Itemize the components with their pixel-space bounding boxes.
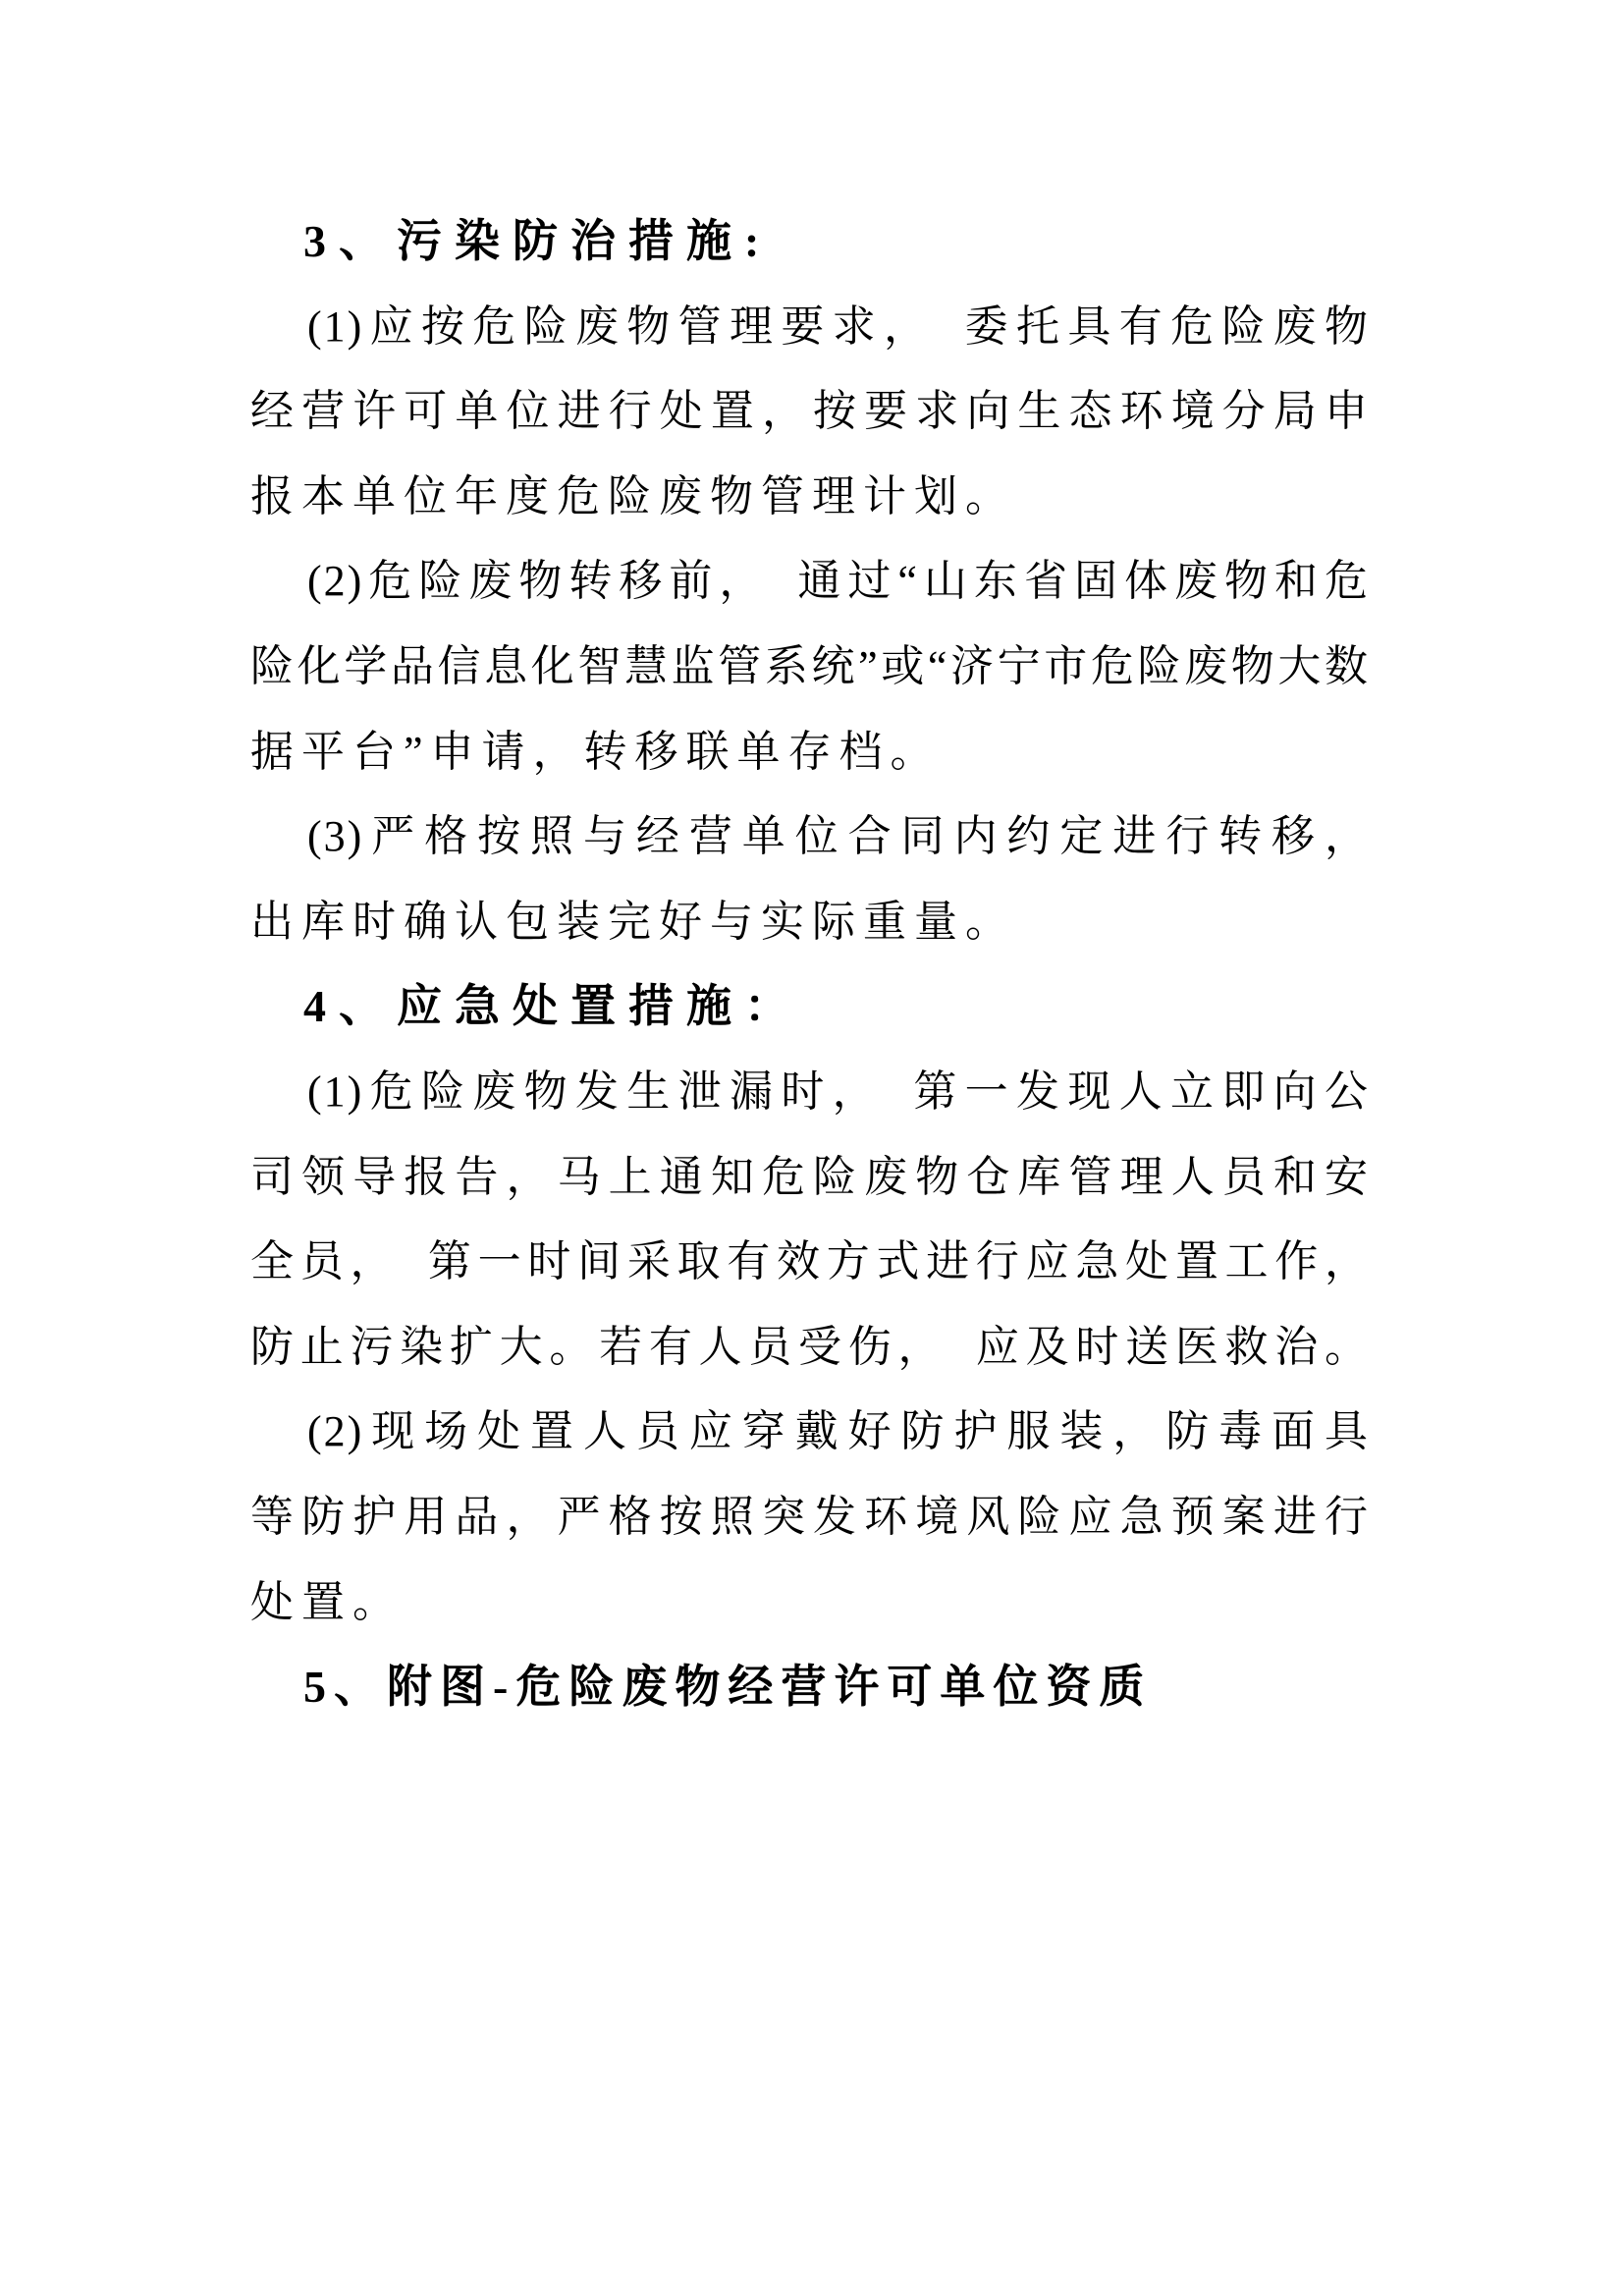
paragraph-line: 防止污染扩大。若有人员受伤， 应及时送医救治。 xyxy=(250,1305,1370,1391)
paragraph-line: 出库时确认包装完好与实际重量。 xyxy=(250,880,1370,965)
heading-attachment-permit: 5、附图-危险废物经营许可单位资质 xyxy=(303,1645,1370,1730)
paragraph-line: 等防护用品，严格按照突发环境风险应急预案进行 xyxy=(250,1475,1370,1560)
paragraph-line: 全员， 第一时间采取有效方式进行应急处置工作， xyxy=(250,1220,1370,1305)
paragraph-line: (1)应按危险废物管理要求， 委托具有危险废物 xyxy=(250,285,1370,370)
paragraph-line: 险化学品信息化智慧监管系统”或“济宁市危险废物大数 xyxy=(250,625,1370,710)
paragraph-line: (3)严格按照与经营单位合同内约定进行转移， xyxy=(250,794,1370,880)
document-page: 3、污染防治措施: (1)应按危险废物管理要求， 委托具有危险废物 经营许可单位… xyxy=(0,0,1623,2296)
document-content: 3、污染防治措施: (1)应按危险废物管理要求， 委托具有危险废物 经营许可单位… xyxy=(250,199,1370,1730)
paragraph-line: 司领导报告，马上通知危险废物仓库管理人员和安 xyxy=(250,1135,1370,1221)
paragraph-line: 处置。 xyxy=(250,1560,1370,1646)
heading-pollution-prevention: 3、污染防治措施: xyxy=(303,199,1370,285)
paragraph-line: (2)现场处置人员应穿戴好防护服装，防毒面具 xyxy=(250,1390,1370,1475)
paragraph-line: 据平台”申请，转移联单存档。 xyxy=(250,710,1370,795)
heading-emergency-response: 4、应急处置措施： xyxy=(303,964,1370,1050)
paragraph-line: 报本单位年度危险废物管理计划。 xyxy=(250,455,1370,540)
paragraph-line: (1)危险废物发生泄漏时， 第一发现人立即向公 xyxy=(250,1050,1370,1135)
paragraph-line: (2)危险废物转移前， 通过“山东省固体废物和危 xyxy=(250,539,1370,625)
paragraph-line: 经营许可单位进行处置，按要求向生态环境分局申 xyxy=(250,369,1370,455)
